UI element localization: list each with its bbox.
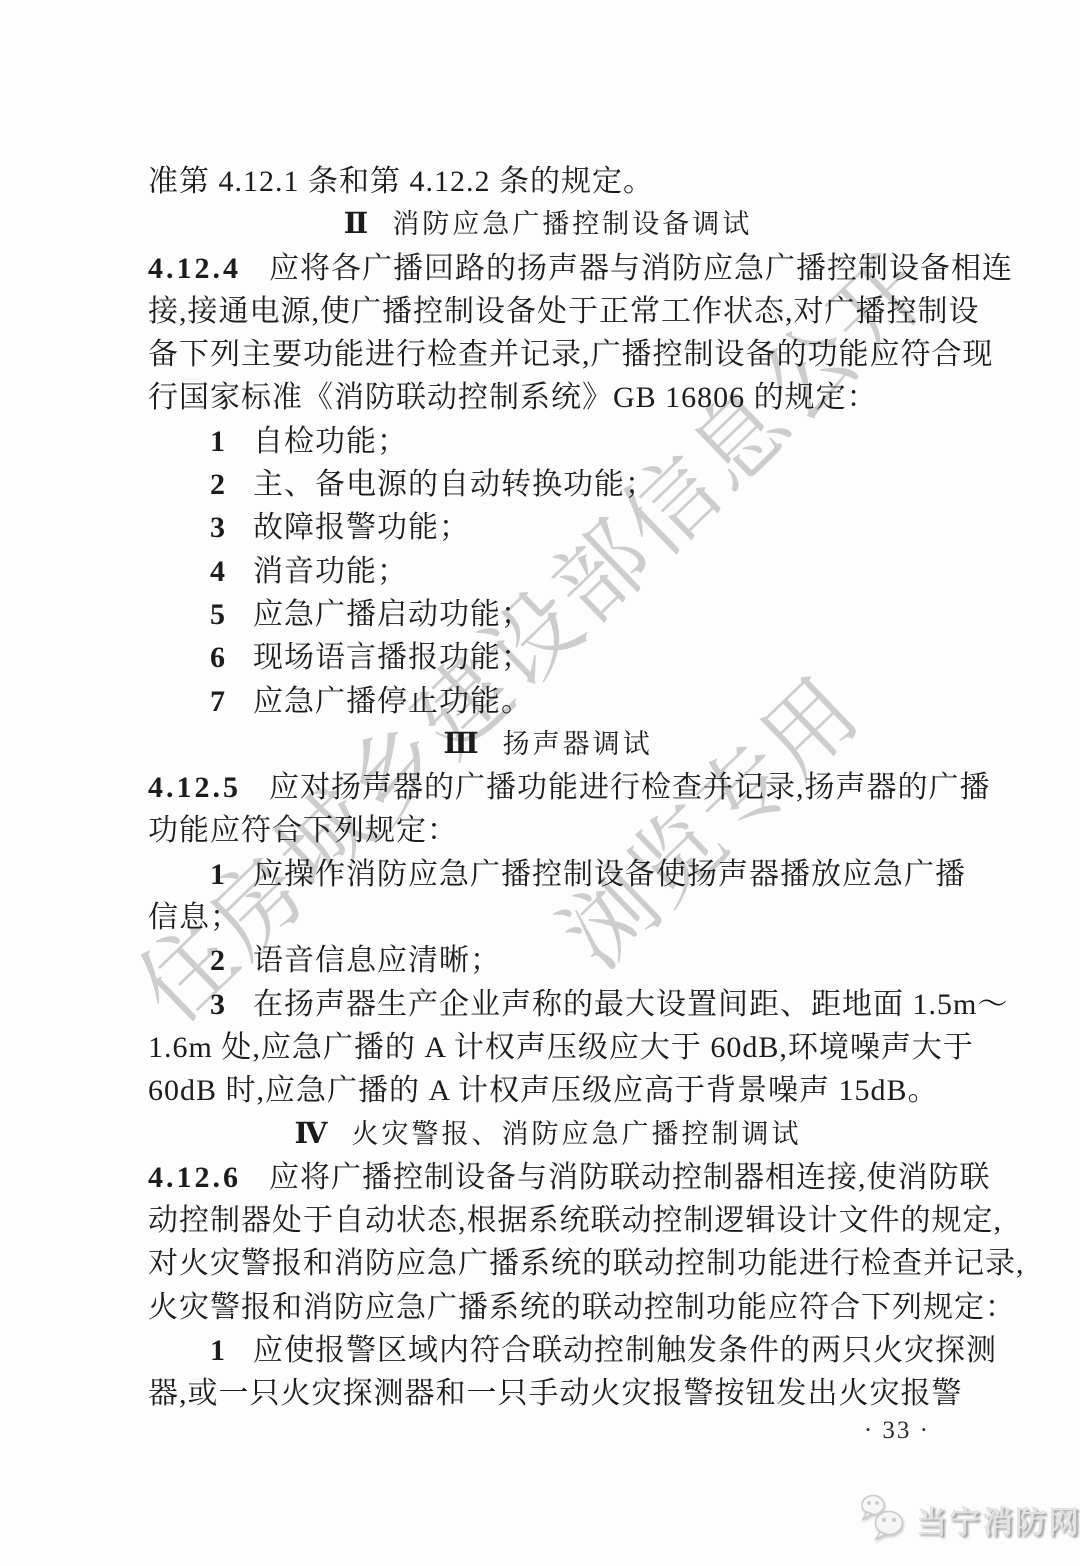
section-heading-3: Ⅲ扬声器调试 bbox=[148, 723, 948, 766]
item-number: 4 bbox=[210, 555, 226, 588]
clause-4-12-4-line: 接,接通电源,使广播控制设备处于正常工作状态,对广播控制设 bbox=[148, 290, 948, 333]
item-number: 2 bbox=[210, 944, 226, 977]
clause-4-12-5-line: 4.12.5应对扬声器的广播功能进行检查并记录,扬声器的广播 bbox=[148, 766, 948, 809]
page-number: · 33 · bbox=[148, 1417, 930, 1445]
logo-text: 当宁消防网 bbox=[916, 1497, 1080, 1542]
section-heading-4: Ⅳ火灾警报、消防应急广播控制调试 bbox=[148, 1113, 948, 1156]
list-item-4: 4消音功能； bbox=[148, 550, 948, 593]
list-item-7: 7应急广播停止功能。 bbox=[148, 680, 948, 723]
section-title: 扬声器调试 bbox=[503, 729, 653, 759]
line-text: 现场语言播报功能； bbox=[253, 641, 532, 674]
section-numeral: Ⅳ bbox=[295, 1118, 328, 1150]
clause-4-12-6-line: 对火灾警报和消防应急广播系统的联动控制功能进行检查并记录, bbox=[148, 1242, 948, 1285]
clause-4-12-5-line: 功能应符合下列规定： bbox=[148, 809, 948, 852]
line-text: 主、备电源的自动转换功能； bbox=[253, 468, 656, 501]
sub-item-1-line: 1应操作消防应急广播控制设备使扬声器播放应急广播 bbox=[148, 853, 948, 896]
clause-4-12-4-line: 行国家标准《消防联动控制系统》GB 16806 的规定： bbox=[148, 376, 948, 419]
sub-item-1-line: 1应使报警区域内符合联动控制触发条件的两只火灾探测 bbox=[148, 1329, 948, 1372]
clause-number: 4.12.4 bbox=[148, 252, 241, 285]
line-text: 语音信息应清晰； bbox=[253, 944, 501, 977]
line-text: 自检功能； bbox=[253, 425, 408, 458]
section-title: 消防应急广播控制设备调试 bbox=[392, 209, 752, 239]
list-item-3: 3故障报警功能； bbox=[148, 506, 948, 549]
section-heading-2: Ⅱ消防应急广播控制设备调试 bbox=[148, 203, 948, 246]
item-number: 3 bbox=[210, 988, 226, 1021]
item-number: 7 bbox=[210, 685, 226, 718]
clause-4-12-6-line: 火灾警报和消防应急广播系统的联动控制功能应符合下列规定： bbox=[148, 1286, 948, 1329]
item-number: 2 bbox=[210, 468, 226, 501]
sub-item-3-line: 60dB 时,应急广播的 A 计权声压级应高于背景噪声 15dB。 bbox=[148, 1069, 948, 1112]
sub-item-3-line: 1.6m 处,应急广播的 A 计权声压级应大于 60dB,环境噪声大于 bbox=[148, 1026, 948, 1069]
line-text: 应操作消防应急广播控制设备使扬声器播放应急广播 bbox=[253, 858, 966, 891]
sub-item-1-line: 器,或一只火灾探测器和一只手动火灾报警按钮发出火灾报警 bbox=[148, 1372, 948, 1415]
list-item-6: 6现场语言播报功能； bbox=[148, 636, 948, 679]
line-text: 应急广播启动功能； bbox=[253, 598, 532, 631]
site-logo: 当宁消防网 bbox=[858, 1492, 1080, 1547]
clause-number: 4.12.6 bbox=[148, 1161, 241, 1194]
list-item-1: 1自检功能； bbox=[148, 420, 948, 463]
item-number: 1 bbox=[210, 425, 226, 458]
wechat-icon bbox=[858, 1492, 908, 1547]
sub-item-2-line: 2语音信息应清晰； bbox=[148, 939, 948, 982]
item-number: 1 bbox=[210, 1334, 226, 1367]
body-line: 准第 4.12.1 条和第 4.12.2 条的规定。 bbox=[148, 160, 948, 203]
item-number: 1 bbox=[210, 858, 226, 891]
list-item-2: 2主、备电源的自动转换功能； bbox=[148, 463, 948, 506]
sub-item-3-line: 3在扬声器生产企业声称的最大设置间距、距地面 1.5m～ bbox=[148, 983, 948, 1026]
item-number: 5 bbox=[210, 598, 226, 631]
item-number: 3 bbox=[210, 511, 226, 544]
section-title: 火灾警报、消防应急广播控制调试 bbox=[351, 1119, 801, 1149]
line-text: 应对扬声器的广播功能进行检查并记录,扬声器的广播 bbox=[269, 771, 991, 804]
clause-4-12-4-line: 备下列主要功能进行检查并记录,广播控制设备的功能应符合现 bbox=[148, 333, 948, 376]
line-text: 在扬声器生产企业声称的最大设置间距、距地面 1.5m～ bbox=[253, 988, 1008, 1021]
clause-4-12-6-line: 动控制器处于自动状态,根据系统联动控制逻辑设计文件的规定, bbox=[148, 1199, 948, 1242]
page-content: 准第 4.12.1 条和第 4.12.2 条的规定。 Ⅱ消防应急广播控制设备调试… bbox=[148, 160, 948, 1416]
line-text: 应急广播停止功能。 bbox=[253, 685, 532, 718]
line-text: 应将广播控制设备与消防联动控制器相连接,使消防联 bbox=[269, 1161, 991, 1194]
clause-4-12-6-line: 4.12.6应将广播控制设备与消防联动控制器相连接,使消防联 bbox=[148, 1156, 948, 1199]
line-text: 故障报警功能； bbox=[253, 511, 470, 544]
item-number: 6 bbox=[210, 641, 226, 674]
sub-item-1-line: 信息； bbox=[148, 896, 948, 939]
line-text: 应使报警区域内符合联动控制触发条件的两只火灾探测 bbox=[253, 1334, 997, 1367]
section-numeral: Ⅲ bbox=[443, 728, 478, 760]
clause-4-12-4-line: 4.12.4应将各广播回路的扬声器与消防应急广播控制设备相连 bbox=[148, 247, 948, 290]
document-page: 住房城乡建设部信息公开 浏览专用 准第 4.12.1 条和第 4.12.2 条的… bbox=[0, 0, 1080, 1566]
line-text: 应将各广播回路的扬声器与消防应急广播控制设备相连 bbox=[269, 252, 1013, 285]
list-item-5: 5应急广播启动功能； bbox=[148, 593, 948, 636]
clause-number: 4.12.5 bbox=[148, 771, 241, 804]
section-numeral: Ⅱ bbox=[344, 208, 368, 240]
line-text: 消音功能； bbox=[253, 555, 408, 588]
